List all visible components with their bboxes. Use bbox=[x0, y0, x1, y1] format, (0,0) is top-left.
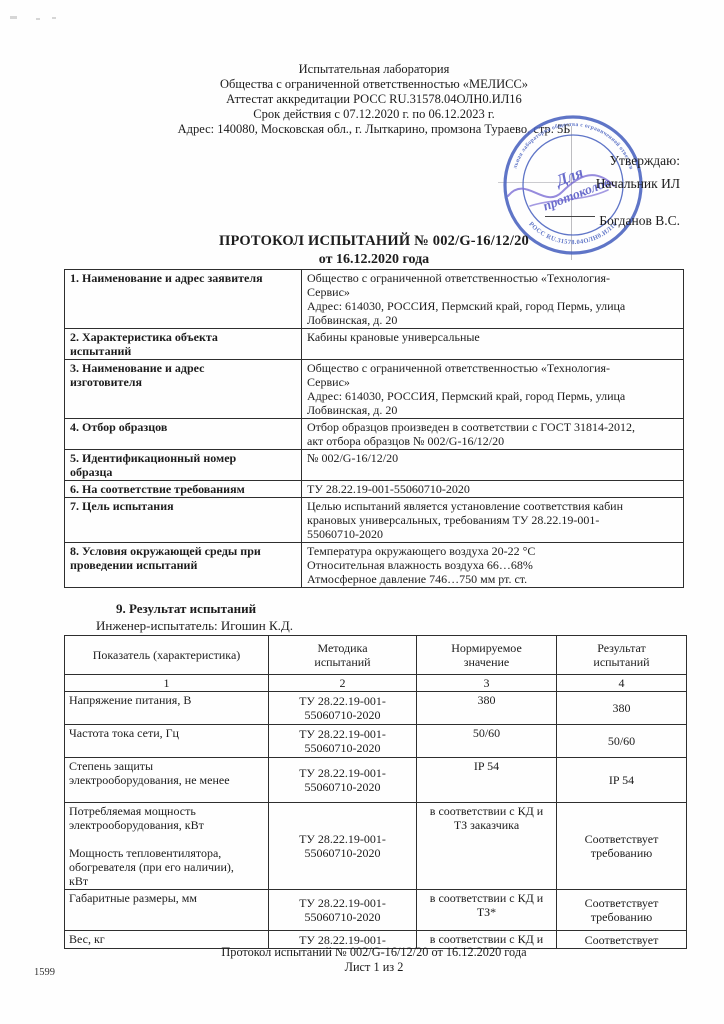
approve-label: Утверждаю: bbox=[460, 153, 680, 169]
result-cell: ТУ 28.22.19-001- 55060710-2020 bbox=[269, 803, 417, 890]
result-cell: ТУ 28.22.19-001- 55060710-2020 bbox=[269, 692, 417, 725]
footer-doc-number: 1599 bbox=[34, 967, 55, 978]
results-table: Показатель (характеристика) Методика исп… bbox=[64, 635, 687, 949]
result-row: Степень защиты электрооборудования, не м… bbox=[65, 758, 687, 803]
result-row: Напряжение питания, В ТУ 28.22.19-001- 5… bbox=[65, 692, 687, 725]
info-label-cell: 1. Наименование и адрес заявителя bbox=[65, 270, 302, 329]
footer-protocol-line: Протокол испытаний № 002/G-16/12/20 от 1… bbox=[24, 945, 724, 960]
results-header-cell: Результат испытаний bbox=[557, 636, 687, 675]
column-number-row: 1 2 3 4 bbox=[65, 675, 687, 692]
info-value-cell: Общество с ограниченной ответственностью… bbox=[302, 270, 684, 329]
scan-speck bbox=[36, 18, 40, 20]
result-cell: Напряжение питания, В bbox=[65, 692, 269, 725]
protocol-title-line1: ПРОТОКОЛ ИСПЫТАНИЙ № 002/G-16/12/20 bbox=[24, 232, 724, 251]
info-row: 2. Характеристика объекта испытаний Каби… bbox=[65, 329, 684, 360]
result-cell: 380 bbox=[557, 692, 687, 725]
info-row: 3. Наименование и адрес изготовителя Общ… bbox=[65, 360, 684, 419]
info-value-cell: Кабины крановые универсальные bbox=[302, 329, 684, 360]
results-header-cell: Показатель (характеристика) bbox=[65, 636, 269, 675]
result-cell: IP 54 bbox=[417, 758, 557, 803]
result-cell: Соответствует требованию bbox=[557, 803, 687, 890]
info-row: 8. Условия окружающей среды при проведен… bbox=[65, 543, 684, 588]
info-label-cell: 7. Цель испытания bbox=[65, 498, 302, 543]
result-cell: ТУ 28.22.19-001- 55060710-2020 bbox=[269, 890, 417, 931]
info-label-cell: 3. Наименование и адрес изготовителя bbox=[65, 360, 302, 419]
results-header-cell: Методика испытаний bbox=[269, 636, 417, 675]
info-row: 7. Цель испытания Целью испытаний являет… bbox=[65, 498, 684, 543]
info-label-cell: 5. Идентификационный номер образца bbox=[65, 450, 302, 481]
info-value-cell: Общество с ограниченной ответственностью… bbox=[302, 360, 684, 419]
info-table: 1. Наименование и адрес заявителя Общест… bbox=[64, 269, 684, 588]
result-cell: ТУ 28.22.19-001- 55060710-2020 bbox=[269, 758, 417, 803]
info-row: 1. Наименование и адрес заявителя Общест… bbox=[65, 270, 684, 329]
result-cell: 50/60 bbox=[557, 725, 687, 758]
result-cell: Соответствует требованию bbox=[557, 890, 687, 931]
result-cell: Габаритные размеры, мм bbox=[65, 890, 269, 931]
result-cell: Частота тока сети, Гц bbox=[65, 725, 269, 758]
info-row: 4. Отбор образцов Отбор образцов произве… bbox=[65, 419, 684, 450]
result-cell: Потребляемая мощность электрооборудовани… bbox=[65, 803, 269, 890]
scan-speck bbox=[10, 16, 17, 19]
column-number-cell: 4 bbox=[557, 675, 687, 692]
info-value-cell: ТУ 28.22.19-001-55060710-2020 bbox=[302, 481, 684, 498]
protocol-title: ПРОТОКОЛ ИСПЫТАНИЙ № 002/G-16/12/20 от 1… bbox=[24, 232, 724, 269]
approval-block: Утверждаю: Начальник ИЛ Богданов В.С. bbox=[460, 153, 680, 229]
approver-position: Начальник ИЛ bbox=[460, 176, 680, 192]
column-number-cell: 1 bbox=[65, 675, 269, 692]
info-value-cell: Отбор образцов произведен в соответствии… bbox=[302, 419, 684, 450]
protocol-title-line2: от 16.12.2020 года bbox=[24, 251, 724, 269]
footer-sheet-line: Лист 1 из 2 bbox=[24, 960, 724, 975]
column-number-cell: 2 bbox=[269, 675, 417, 692]
results-header-cell: Нормируемое значение bbox=[417, 636, 557, 675]
result-cell: в соответствии с КД и ТЗ заказчика bbox=[417, 803, 557, 890]
info-label-cell: 2. Характеристика объекта испытаний bbox=[65, 329, 302, 360]
info-row: 5. Идентификационный номер образца № 002… bbox=[65, 450, 684, 481]
scanned-document-page: Испытательная лаборатория Общества с огр… bbox=[0, 0, 724, 1024]
letterhead-line: Аттестат аккредитации РОСС RU.31578.04ОЛ… bbox=[24, 92, 724, 107]
results-heading: 9. Результат испытаний bbox=[116, 601, 256, 617]
result-cell: 380 bbox=[417, 692, 557, 725]
result-row: Потребляемая мощность электрооборудовани… bbox=[65, 803, 687, 890]
letterhead-line: Общества с ограниченной ответственностью… bbox=[24, 77, 724, 92]
column-number-cell: 3 bbox=[417, 675, 557, 692]
letterhead-line: Испытательная лаборатория bbox=[24, 62, 724, 77]
result-row: Частота тока сети, Гц ТУ 28.22.19-001- 5… bbox=[65, 725, 687, 758]
info-value-cell: Целью испытаний является установление со… bbox=[302, 498, 684, 543]
result-cell: 50/60 bbox=[417, 725, 557, 758]
result-cell: в соответствии с КД и ТЗ* bbox=[417, 890, 557, 931]
engineer-line: Инженер-испытатель: Игошин К.Д. bbox=[96, 618, 293, 634]
scan-speck bbox=[52, 17, 56, 19]
info-value-cell: Температура окружающего воздуха 20-22 °С… bbox=[302, 543, 684, 588]
result-row: Габаритные размеры, мм ТУ 28.22.19-001- … bbox=[65, 890, 687, 931]
info-label-cell: 8. Условия окружающей среды при проведен… bbox=[65, 543, 302, 588]
results-header-row: Показатель (характеристика) Методика исп… bbox=[65, 636, 687, 675]
info-value-cell: № 002/G-16/12/20 bbox=[302, 450, 684, 481]
signature-line bbox=[545, 216, 595, 217]
result-cell: Степень защиты электрооборудования, не м… bbox=[65, 758, 269, 803]
info-row: 6. На соответствие требованиям ТУ 28.22.… bbox=[65, 481, 684, 498]
result-cell: ТУ 28.22.19-001- 55060710-2020 bbox=[269, 725, 417, 758]
result-cell: IP 54 bbox=[557, 758, 687, 803]
info-label-cell: 6. На соответствие требованиям bbox=[65, 481, 302, 498]
info-label-cell: 4. Отбор образцов bbox=[65, 419, 302, 450]
